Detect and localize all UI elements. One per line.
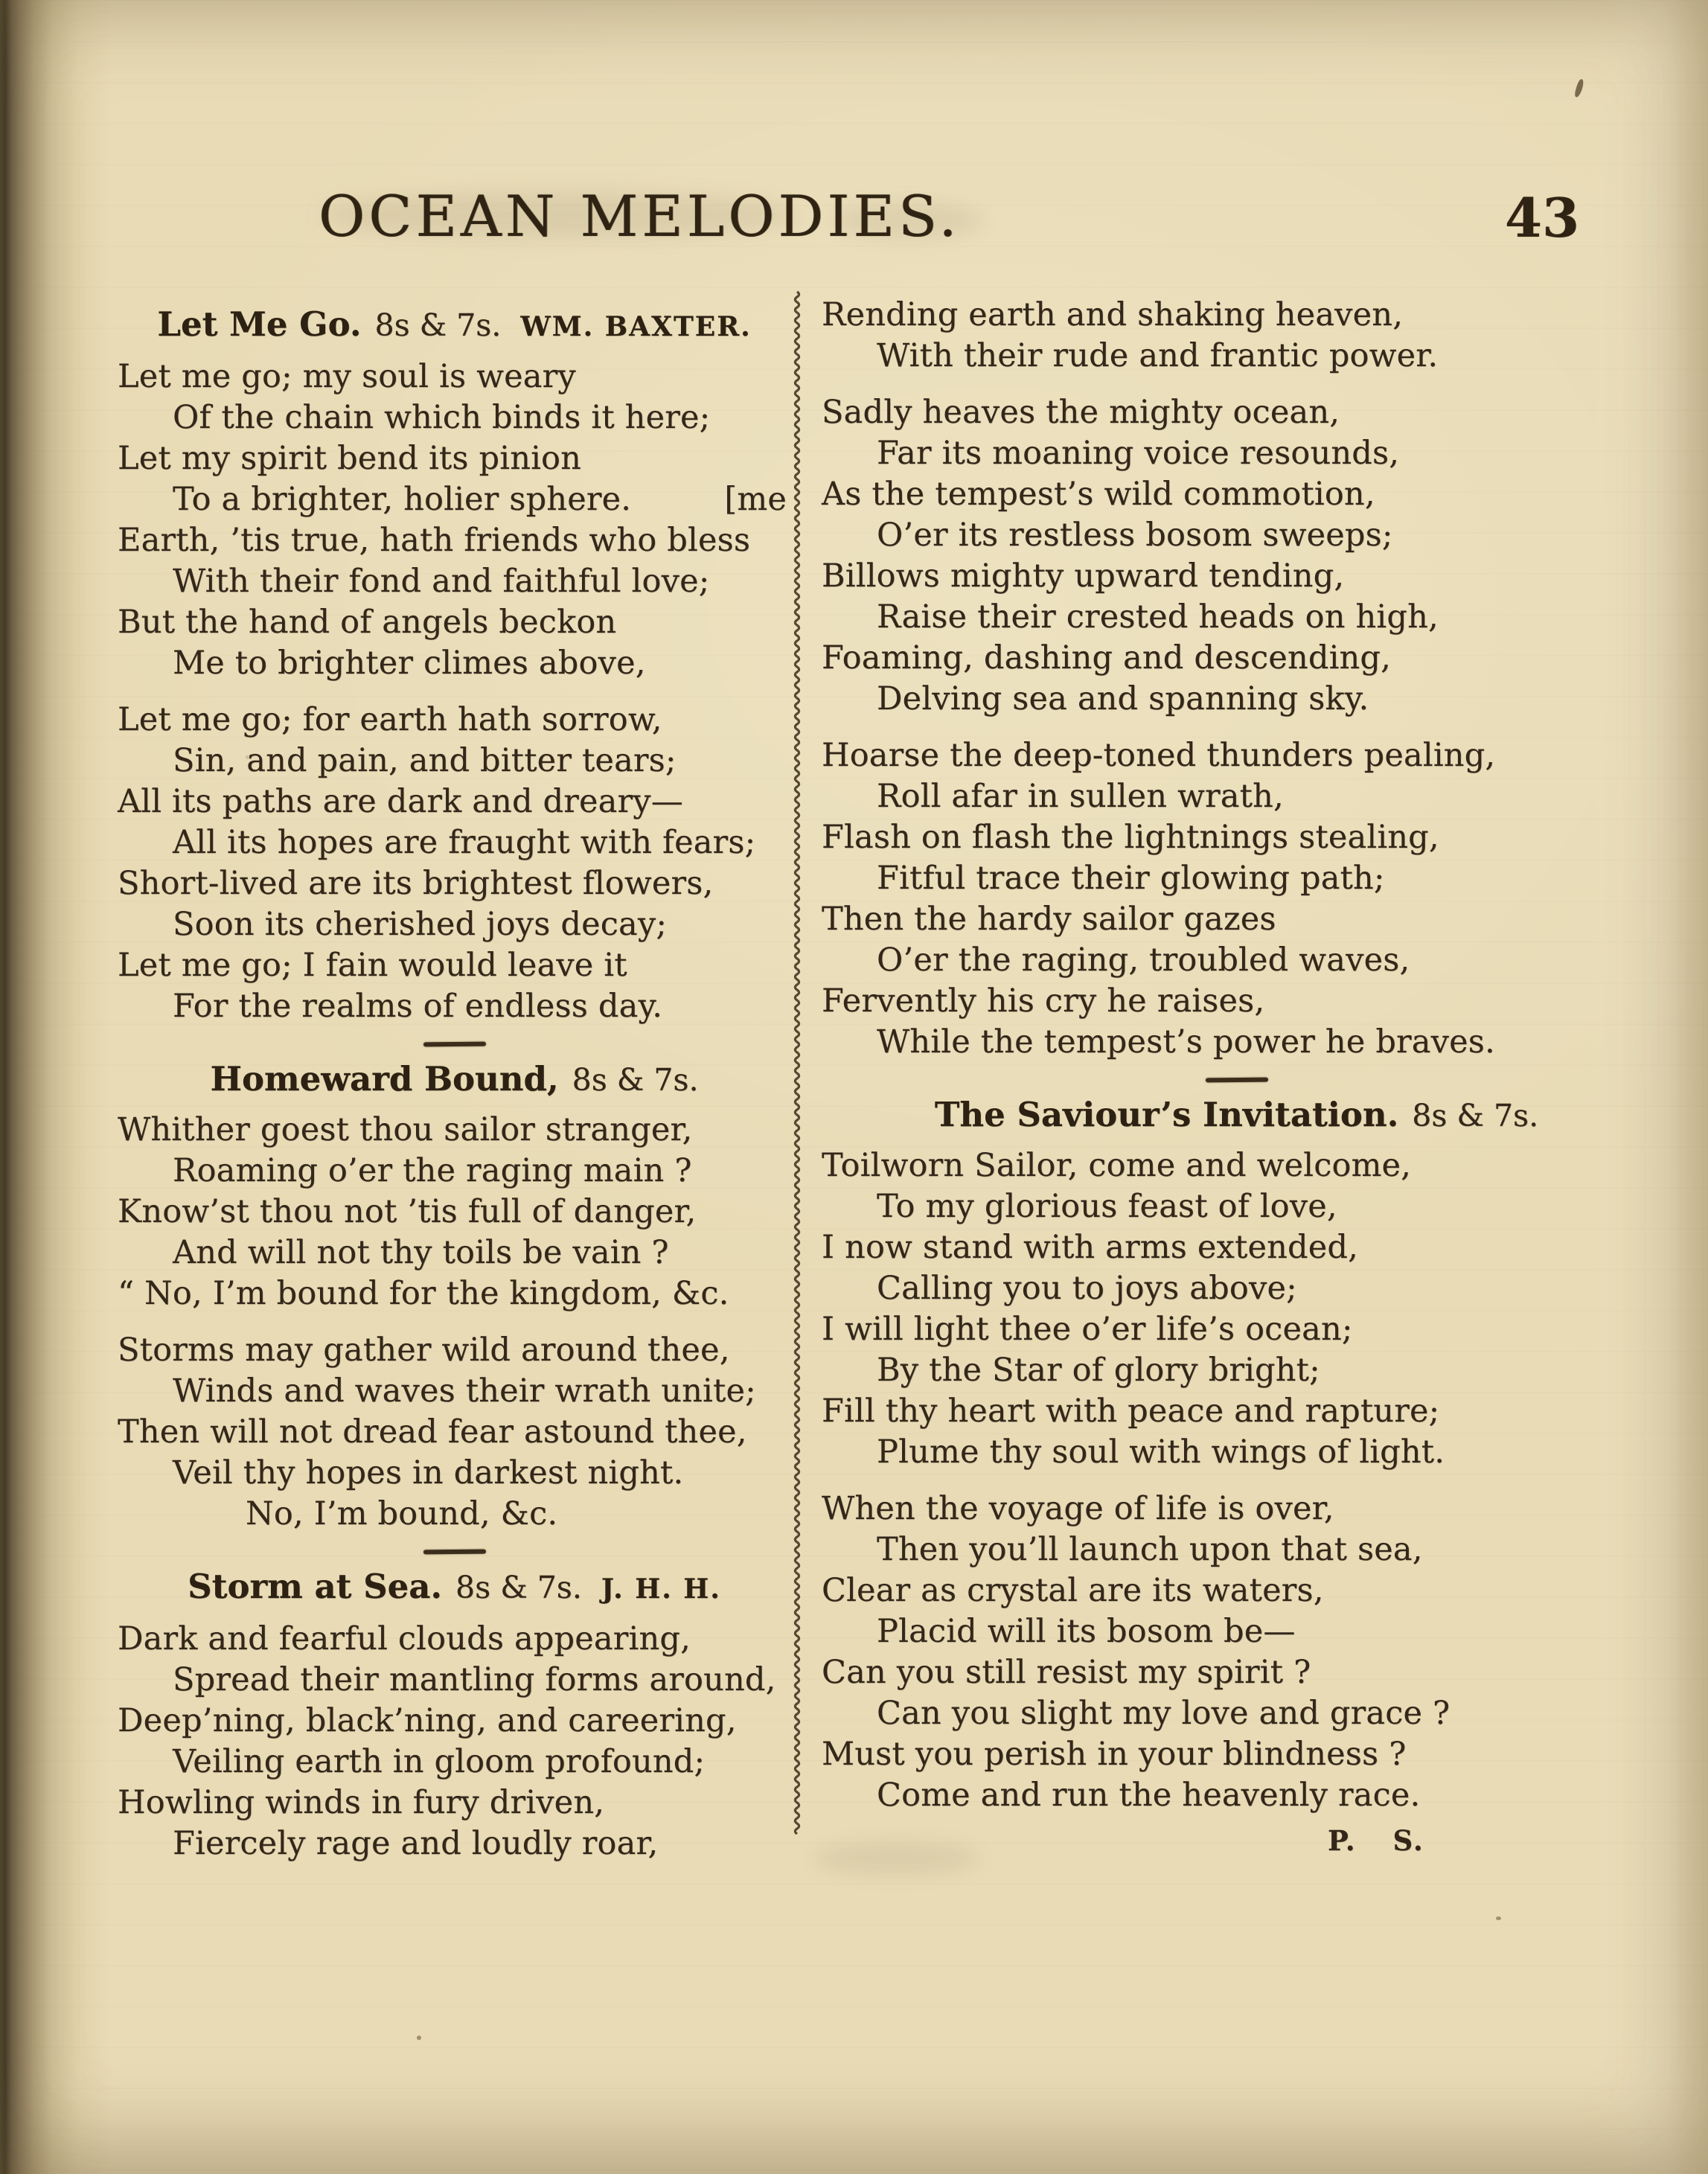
hymn-line: Fitful trace their glowing path; [822, 858, 1651, 899]
hymn-heading: Homeward Bound,8s & 7s. [118, 1058, 791, 1101]
hymn-title: Homeward Bound, [211, 1059, 559, 1099]
hymn-line: Can you slight my love and grace ? [822, 1693, 1651, 1734]
column-divider-wavy-line [790, 290, 804, 1835]
hymn-line: I now stand with arms extended, [822, 1227, 1651, 1268]
hymn-line: Flash on flash the lightnings stealing, [822, 817, 1651, 858]
hymn-author: WM. BAXTER. [501, 311, 751, 342]
attribution: P. S. [822, 1820, 1651, 1861]
hymn-title: Let Me Go. [157, 304, 361, 344]
hymn-line: Can you still resist my spirit ? [822, 1652, 1651, 1693]
hymn-line: Veil thy hopes in darkest night. [118, 1453, 791, 1494]
hymn-line: While the tempest’s power he braves. [822, 1022, 1651, 1063]
hymn-line: No, I’m bound, &c. [118, 1494, 791, 1535]
hymn-line: Then you’ll launch upon that sea, [822, 1529, 1651, 1570]
hymn-line: To my glorious feast of love, [822, 1186, 1651, 1227]
hymn-author: J. H. H. [582, 1573, 721, 1605]
stanza-gap [822, 377, 1651, 392]
hymn-line: Sadly heaves the mighty ocean, [822, 392, 1651, 433]
stanza-gap [118, 684, 791, 700]
page-number: 43 [1505, 186, 1579, 249]
hymn-line: For the realms of endless day. [118, 986, 791, 1027]
section-divider [423, 1550, 485, 1555]
hymn-line: Short-lived are its brightest flowers, [118, 863, 791, 904]
ink-speck [417, 2036, 421, 2040]
hymn-line: With their fond and faithful love; [118, 561, 791, 602]
hymn-line: And will not thy toils be vain ? [118, 1233, 791, 1273]
hymn-line: Sin, and pain, and bitter tears; [118, 741, 791, 781]
hymn-line: Deep’ning, black’ning, and careering, [118, 1701, 791, 1742]
hymn-line: Let me go; my soul is weary [118, 357, 791, 397]
hymn-line: O’er the raging, troubled waves, [822, 940, 1651, 981]
hymn-line: Delving sea and spanning sky. [822, 679, 1651, 720]
hymn-heading: The Saviour’s Invitation.8s & 7s. [822, 1094, 1651, 1136]
stanza-gap [822, 720, 1651, 735]
hymn-line: Let me go; I fain would leave it [118, 945, 791, 986]
hymn-line: With their rude and frantic power. [822, 336, 1651, 377]
hymn-line: Of the chain which binds it here; [118, 397, 791, 438]
hymn-line: Foaming, dashing and descending, [822, 638, 1651, 679]
hymn-line: Storms may gather wild around thee, [118, 1330, 791, 1371]
hymn-line: Dark and fearful clouds appearing, [118, 1619, 791, 1660]
hymn-line: “ No, I’m bound for the kingdom, &c. [118, 1273, 791, 1314]
hymn-meter: 8s & 7s. [361, 307, 501, 343]
hymn-heading: Let Me Go.8s & 7s.WM. BAXTER. [118, 304, 791, 348]
hymn-title: The Saviour’s Invitation. [935, 1095, 1398, 1134]
hymn-line: When the voyage of life is over, [822, 1489, 1651, 1529]
hymn-line: Fill thy heart with peace and rapture; [822, 1391, 1651, 1432]
hymn-line: Soon its cherished joys decay; [118, 904, 791, 945]
right-column: Rending earth and shaking heaven,With th… [822, 295, 1651, 1861]
hymn-title: Storm at Sea. [188, 1567, 442, 1606]
book-page: OCEAN MELODIES. 43 Let Me Go.8s & 7s.WM.… [0, 0, 1708, 2174]
hymn-line: Veiling earth in gloom profound; [118, 1742, 791, 1783]
hymn-line: Whither goest thou sailor stranger, [118, 1110, 791, 1151]
hymn-line: Must you perish in your blindness ? [822, 1734, 1651, 1775]
hymn-line: Raise their crested heads on high, [822, 597, 1651, 638]
hymn-line: To a brighter, holier sphere.[me [118, 479, 791, 520]
hymn-line: Hoarse the deep-toned thunders pealing, [822, 735, 1651, 776]
hymn-line: Fervently his cry he raises, [822, 981, 1651, 1022]
hymn-line: Howling winds in fury driven, [118, 1783, 791, 1823]
hymn-line: Earth, ’tis true, hath friends who bless [118, 520, 791, 561]
hymn-line: Placid will its bosom be— [822, 1611, 1651, 1652]
hymn-line: Toilworn Sailor, come and welcome, [822, 1145, 1651, 1186]
hymn-line: Roll afar in sullen wrath, [822, 776, 1651, 817]
hymn-meter: 8s & 7s. [1398, 1098, 1538, 1134]
hymn-line: Winds and waves their wrath unite; [118, 1371, 791, 1412]
hymn-line: Then the hardy sailor gazes [822, 899, 1651, 940]
hymn-line: Let me go; for earth hath sorrow, [118, 700, 791, 741]
section-divider [1205, 1078, 1267, 1083]
hymn-line: All its paths are dark and dreary— [118, 781, 791, 822]
hymn-line: As the tempest’s wild commotion, [822, 474, 1651, 515]
hymn-line: But the hand of angels beckon [118, 602, 791, 643]
catchword: [me [724, 479, 791, 520]
hymn-line: Far its moaning voice resounds, [822, 433, 1651, 474]
hymn-heading: Storm at Sea.8s & 7s.J. H. H. [118, 1566, 791, 1610]
left-column: Let Me Go.8s & 7s.WM. BAXTER.Let me go; … [118, 296, 791, 1864]
hymn-line: Spread their mantling forms around, [118, 1660, 791, 1701]
section-divider [423, 1042, 485, 1047]
hymn-line: By the Star of glory bright; [822, 1350, 1651, 1391]
stanza-gap [822, 1473, 1651, 1489]
stanza-gap [118, 1314, 791, 1330]
ink-fleck [1574, 78, 1585, 97]
ink-speck [1496, 1916, 1501, 1920]
hymn-line: Then will not dread fear astound thee, [118, 1412, 791, 1453]
hymn-line: All its hopes are fraught with fears; [118, 822, 791, 863]
hymn-line: Let my spirit bend its pinion [118, 438, 791, 479]
hymn-line: O’er its restless bosom sweeps; [822, 515, 1651, 556]
hymn-line: Come and run the heavenly race. [822, 1775, 1651, 1816]
hymn-meter: 8s & 7s. [559, 1062, 699, 1098]
hymn-line: Calling you to joys above; [822, 1268, 1651, 1309]
hymn-line: Know’st thou not ’tis full of danger, [118, 1192, 791, 1233]
hymn-line: Me to brighter climes above, [118, 643, 791, 684]
hymn-line: Roaming o’er the raging main ? [118, 1151, 791, 1192]
hymn-line: Fiercely rage and loudly roar, [118, 1823, 791, 1864]
hymn-line: Rending earth and shaking heaven, [822, 295, 1651, 336]
page-title: OCEAN MELODIES. [319, 183, 961, 249]
hymn-meter: 8s & 7s. [442, 1570, 582, 1605]
hymn-line: I will light thee o’er life’s ocean; [822, 1309, 1651, 1350]
hymn-line: Billows mighty upward tending, [822, 556, 1651, 597]
hymn-line: Clear as crystal are its waters, [822, 1570, 1651, 1611]
hymn-line: Plume thy soul with wings of light. [822, 1432, 1651, 1473]
